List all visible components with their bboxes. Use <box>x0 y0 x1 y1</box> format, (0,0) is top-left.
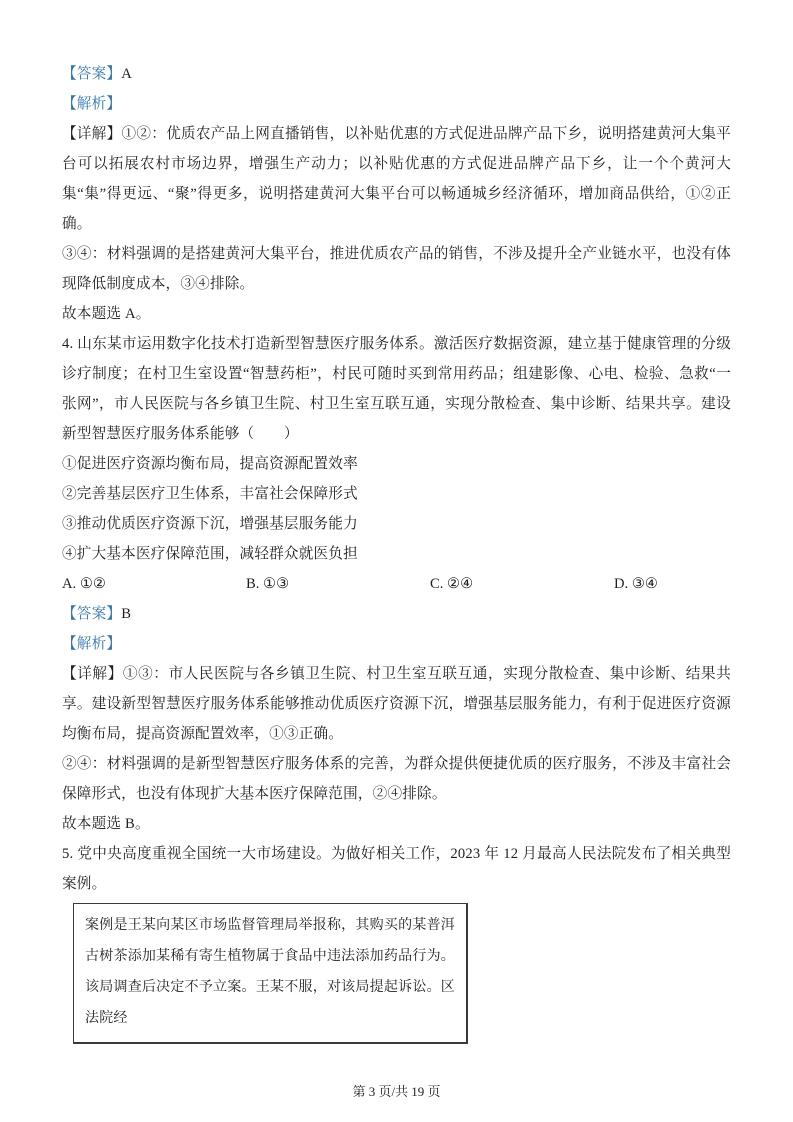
q4-analysis-line: 【解析】 <box>62 629 731 659</box>
option-d: D. ③④ <box>614 569 731 599</box>
q5-case-box: 案例是王某向某区市场监督管理局举报称，其购买的某普洱古树茶添加某稀有寄生植物属于… <box>73 903 468 1044</box>
q4-stem: 4. 山东某市运用数字化技术打造新型智慧医疗服务体系。激活医疗数据资源，建立基于… <box>62 329 731 449</box>
answer-label: 【答案】 <box>62 606 121 622</box>
answer-value: A <box>121 66 132 82</box>
q3-answer-line: 【答案】A <box>62 59 731 89</box>
q3-conclusion: 故本题选 A。 <box>62 299 731 329</box>
q3-detail-paragraph: ③④：材料强调的是搭建黄河大集平台，推进优质农产品的销售，不涉及提升全产业链水平… <box>62 239 731 299</box>
q5-stem: 5. 党中央高度重视全国统一大市场建设。为做好相关工作，2023 年 12 月最… <box>62 839 731 899</box>
q3-analysis-line: 【解析】 <box>62 89 731 119</box>
analysis-label: 【解析】 <box>62 96 121 112</box>
option-c: C. ②④ <box>430 569 614 599</box>
q4-item-4: ④扩大基本医疗保障范围，减轻群众就医负担 <box>62 539 731 569</box>
page-content: 【答案】A 【解析】 【详解】①②：优质农产品上网直播销售，以补贴优惠的方式促进… <box>62 59 731 1044</box>
analysis-label: 【解析】 <box>62 636 121 652</box>
option-b: B. ①③ <box>246 569 430 599</box>
q4-answer-line: 【答案】B <box>62 599 731 629</box>
answer-value: B <box>121 606 131 622</box>
page-number-footer: 第 3 页/共 19 页 <box>0 1081 793 1100</box>
q4-item-2: ②完善基层医疗卫生体系，丰富社会保障形式 <box>62 479 731 509</box>
option-a: A. ①② <box>62 569 246 599</box>
q4-item-3: ③推动优质医疗资源下沉，增强基层服务能力 <box>62 509 731 539</box>
q4-detail-paragraph: ②④：材料强调的是新型智慧医疗服务体系的完善，为群众提供便捷优质的医疗服务，不涉… <box>62 749 731 809</box>
q4-options-row: A. ①② B. ①③ C. ②④ D. ③④ <box>62 569 731 599</box>
q4-item-1: ①促进医疗资源均衡布局，提高资源配置效率 <box>62 449 731 479</box>
q4-detail-paragraph: 【详解】①③：市人民医院与各乡镇卫生院、村卫生室互联互通，实现分散检查、集中诊断… <box>62 659 731 749</box>
document-page: 【答案】A 【解析】 【详解】①②：优质农产品上网直播销售，以补贴优惠的方式促进… <box>0 0 793 1122</box>
q4-conclusion: 故本题选 B。 <box>62 809 731 839</box>
q3-detail-paragraph: 【详解】①②：优质农产品上网直播销售，以补贴优惠的方式促进品牌产品下乡，说明搭建… <box>62 119 731 239</box>
answer-label: 【答案】 <box>62 66 121 82</box>
q5-case-text: 案例是王某向某区市场监督管理局举报称，其购买的某普洱古树茶添加某稀有寄生植物属于… <box>85 910 455 1034</box>
